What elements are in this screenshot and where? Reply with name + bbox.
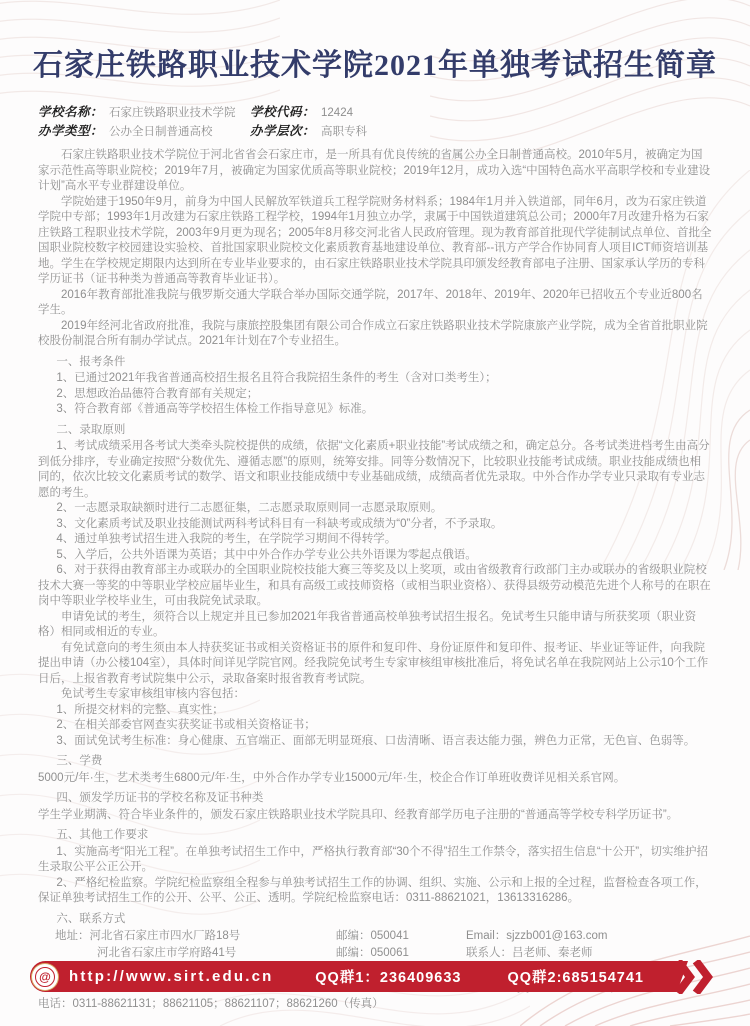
document-paragraph: 有免试意向的考生须由本人持获奖证书或相关资格证书的原件和复印件、身份证原件和复印… <box>38 641 712 688</box>
section-heading: 二、录取原则 <box>38 423 712 439</box>
contact-row: 河北省石家庄市学府路41号邮编：050061联系人：吕老师、秦老师 <box>38 945 712 962</box>
document-paragraph: 2019年经河北省政府批准，我院与康旅控股集团有限公司合作成立石家庄铁路职业技术… <box>38 319 712 350</box>
school-name-value: 石家庄铁路职业技术学院 <box>103 104 236 120</box>
at-icon: @ <box>32 964 58 990</box>
document-paragraph: 5、入学后，公共外语课为英语；其中中外合作办学专业公共外语课为零起点俄语。 <box>38 548 712 564</box>
document-paragraph: 3、文化素质考试及职业技能测试两科考试科目有一科缺考或成绩为“0”分者，不予录取… <box>38 517 712 533</box>
document-paragraph: 2、一志愿录取缺额时进行二志愿征集，二志愿录取原则同一志愿录取原则。 <box>38 501 712 517</box>
contact-address: 河北省石家庄市学府路41号 <box>38 945 336 962</box>
section-heading: 四、颁发学历证书的学校名称及证书种类 <box>38 791 712 807</box>
document-body: 石家庄铁路职业技术学院位于河北省省会石家庄市，是一所具有优良传统的省属公办全日制… <box>38 148 712 1013</box>
page-title: 石家庄铁路职业技术学院2021年单独考试招生简章 <box>20 40 730 84</box>
document-paragraph: 1、已通过2021年我省普通高校招生报名且符合我院招生条件的考生（含对口类考生）… <box>38 371 712 387</box>
document-paragraph: 免试考生专家审核组审核内容包括： <box>38 687 712 703</box>
document-paragraph: 学生学业期满、符合毕业条件的，颁发石家庄铁路职业技术学院具印、经教育部学历电子注… <box>38 808 712 824</box>
qq-group-2: QQ群2:685154741 <box>507 966 644 987</box>
document-paragraph: 2、严格纪检监察。学院纪检监察组全程参与单独考试招生工作的协调、组织、实施、公示… <box>38 876 712 907</box>
contact-postal-code: 邮编：050041 <box>336 928 466 945</box>
section-heading: 一、报考条件 <box>38 355 712 371</box>
document-paragraph: 1、所提交材料的完整、真实性； <box>38 703 712 719</box>
school-code-label: 学校代码： <box>250 102 315 120</box>
website-url: http://www.sirt.edu.cn <box>69 968 274 985</box>
contact-extra: Email：sjzzb001@163.com <box>466 928 712 945</box>
document-paragraph: 石家庄铁路职业技术学院位于河北省省会石家庄市，是一所具有优良传统的省属公办全日制… <box>38 148 712 195</box>
school-type-label: 办学类型： <box>38 121 103 139</box>
document-paragraph: 1、实施高考“阳光工程”。在单独考试招生工作中，严格执行教育部“30个不得”招生… <box>38 845 712 876</box>
document-paragraph: 4、通过单独考试招生进入我院的考生，在学院学习期间不得转学。 <box>38 532 712 548</box>
school-name-label: 学校名称： <box>38 102 103 120</box>
document-paragraph: 2、思想政治品德符合教育部有关规定； <box>38 387 712 403</box>
document-paragraph: 2、在相关部委官网查实获奖证书或相关资格证书； <box>38 718 712 734</box>
chevron-arrows-icon <box>676 960 718 994</box>
admissions-brochure-page: 石家庄铁路职业技术学院2021年单独考试招生简章 学校名称： 石家庄铁路职业技术… <box>0 0 750 1026</box>
document-paragraph: 申请免试的考生，须符合以上规定并且已参加2021年我省普通高校单独考试招生报名。… <box>38 610 712 641</box>
document-paragraph: 6、对于获得由教育部主办或联办的全国职业院校技能大赛三等奖及以上奖项，或由省级教… <box>38 563 712 610</box>
contact-row: 地址：河北省石家庄市四水厂路18号邮编：050041Email：sjzzb001… <box>38 928 712 945</box>
document-paragraph: 学院始建于1950年9月，前身为中国人民解放军铁道兵工程学院财务材料系；1984… <box>38 195 712 288</box>
school-type-value: 公办全日制普通高校 <box>103 123 213 139</box>
wave-pattern-top-right <box>430 0 750 171</box>
footer-banner: @ http://www.sirt.edu.cn QQ群1：236409633 … <box>30 961 718 992</box>
school-level-label: 办学层次： <box>250 121 315 139</box>
contact-address: 地址：河北省石家庄市四水厂路18号 <box>38 928 336 945</box>
school-info: 学校名称： 石家庄铁路职业技术学院 学校代码： 12424 办学类型： 公办全日… <box>38 101 712 139</box>
document-paragraph: 1、考试成绩采用各考试大类牵头院校提供的成绩，依据“文化素质+职业技能”考试成绩… <box>38 439 712 501</box>
section-heading: 六、联系方式 <box>38 912 712 928</box>
school-level-value: 高职专科 <box>315 123 367 139</box>
footer-bar-content: @ http://www.sirt.edu.cn QQ群1：236409633 … <box>32 961 656 992</box>
contact-postal-code: 邮编：050061 <box>336 945 466 962</box>
section-heading: 五、其他工作要求 <box>38 828 712 844</box>
document-paragraph: 3、符合教育部《普通高等学校招生体检工作指导意见》标准。 <box>38 402 712 418</box>
document-paragraph: 3、面试免试考生标准：身心健康、五官端正、面部无明显斑痕、口齿清晰、语言表达能力… <box>38 734 712 750</box>
school-info-row: 学校名称： 石家庄铁路职业技术学院 学校代码： 12424 <box>38 101 712 120</box>
document-paragraph: 2016年教育部批准我院与俄罗斯交通大学联合举办国际交通学院，2017年、201… <box>38 288 712 319</box>
document-paragraph: 5000元/年·生，艺术类考生6800元/年·生，中外合作办学专业15000元/… <box>38 771 712 787</box>
school-info-row: 办学类型： 公办全日制普通高校 办学层次： 高职专科 <box>38 120 712 139</box>
section-heading: 三、学费 <box>38 754 712 770</box>
school-code-value: 12424 <box>315 107 353 119</box>
phone-line: 电话：0311-88621131；88621105；88621107；88621… <box>38 996 712 1013</box>
document-blocks: 石家庄铁路职业技术学院位于河北省省会石家庄市，是一所具有优良传统的省属公办全日制… <box>38 148 712 927</box>
qq-group-1: QQ群1：236409633 <box>315 966 461 987</box>
